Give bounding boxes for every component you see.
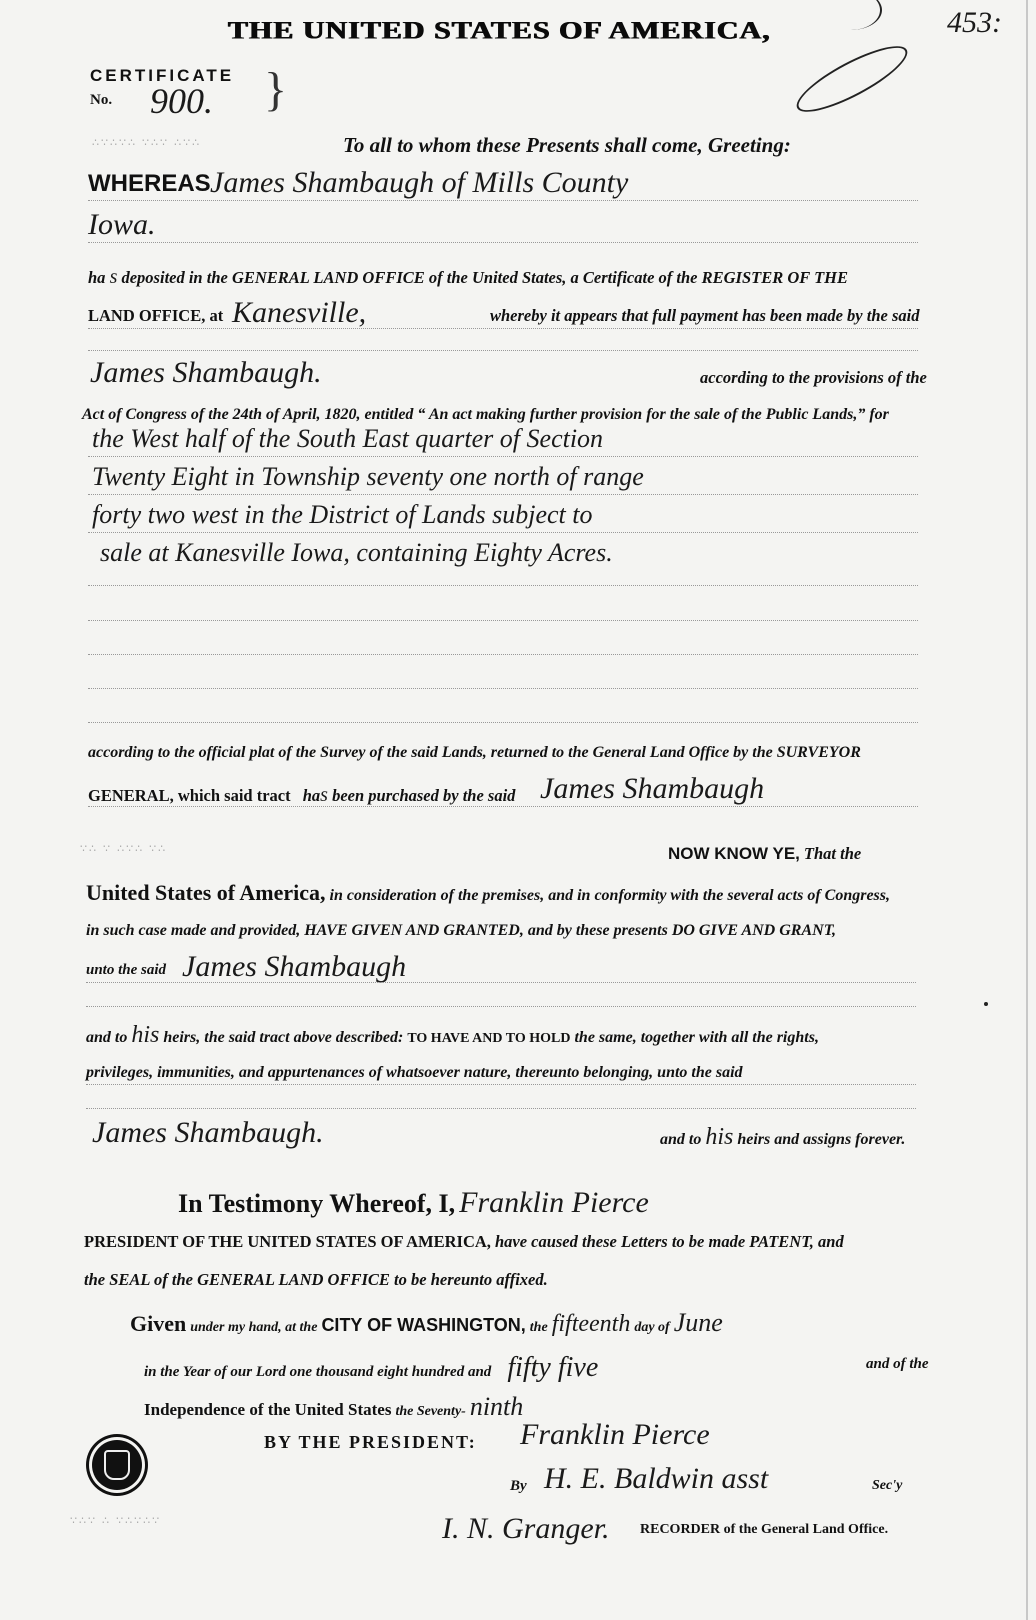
payer-handwritten: James Shambaugh. — [90, 356, 322, 390]
grant-line-2: in such case made and provided, HAVE GIV… — [86, 922, 836, 940]
description-line-3: forty two west in the District of Lands … — [92, 500, 593, 530]
rule-line — [86, 1006, 916, 1007]
testimony-line-2: the SEAL of the GENERAL LAND OFFICE to b… — [84, 1270, 548, 1290]
ink-dot — [984, 1002, 988, 1006]
rule-line — [86, 1108, 916, 1109]
rule-line — [88, 532, 918, 533]
deposit-line-4-text: Act of Congress of the 24th of April, 18… — [82, 406, 889, 424]
rule-line — [88, 806, 918, 807]
and-of-the: and of the — [866, 1356, 929, 1373]
grant-grantee-handwritten: James Shambaugh — [182, 950, 406, 984]
unto-label: unto the said — [86, 962, 166, 979]
given-line-1: Given under my hand, at the CITY OF WASH… — [130, 1308, 723, 1338]
description-line-2: Twenty Eight in Township seventy one nor… — [92, 462, 644, 492]
flourish-mark — [789, 35, 914, 123]
land-patent-document: THE UNITED STATES OF AMERICA, 453: CERTI… — [0, 0, 1036, 1620]
faint-bleedthrough-text: ∴∵∴∵∴ ∵∴∵ ∴∵∴ — [92, 136, 201, 149]
given-line-3: Independence of the United States the Se… — [144, 1392, 523, 1422]
grantee-handwritten: James Shambaugh of Mills County — [210, 166, 628, 200]
faint-bleedthrough-text: ∵∴ ∵ ∴∵∴ ∵∴ — [80, 842, 167, 855]
given-line-2: in the Year of our Lord one thousand eig… — [144, 1352, 598, 1384]
seal-icon — [92, 1440, 142, 1490]
rule-line — [88, 242, 918, 243]
rule-line — [88, 722, 918, 723]
testimony-heading: In Testimony Whereof, I, Franklin Pierce — [178, 1186, 649, 1220]
rule-line — [88, 350, 918, 351]
rule-line — [86, 982, 916, 983]
testimony-line-1: PRESIDENT OF THE UNITED STATES OF AMERIC… — [84, 1232, 844, 1252]
rule-line — [88, 620, 918, 621]
page-edge — [1026, 0, 1028, 1620]
rule-line — [86, 1084, 916, 1085]
whereas-label: WHEREAS — [88, 170, 211, 198]
survey-line-1: according to the official plat of the Su… — [88, 744, 861, 762]
land-office-handwritten: Kanesville, — [232, 296, 366, 330]
folio-number: 453: — [947, 6, 1002, 40]
secretary-signature: H. E. Baldwin asst — [544, 1462, 768, 1496]
president-signature: Franklin Pierce — [520, 1418, 710, 1452]
final-grantee-handwritten: James Shambaugh. — [92, 1116, 324, 1150]
rule-line — [88, 200, 918, 201]
brace: } — [264, 62, 287, 117]
description-line-1: the West half of the South East quarter … — [92, 424, 603, 454]
by-label: By — [510, 1478, 527, 1495]
flourish-arc — [820, 0, 882, 30]
land-office-label: LAND OFFICE, at — [88, 306, 223, 326]
recorder-label: RECORDER of the General Land Office. — [640, 1520, 888, 1538]
deposit-line-3-text: according to the provisions of the — [700, 368, 927, 388]
purchaser-handwritten: James Shambaugh — [540, 772, 764, 806]
secy-label: Sec'y — [872, 1478, 902, 1494]
by-the-president-label: BY THE PRESIDENT: — [264, 1432, 477, 1453]
rule-line — [88, 654, 918, 655]
greeting-line: To all to whom these Presents shall come… — [343, 133, 791, 158]
privileges-line: privileges, immunities, and appurtenance… — [86, 1064, 743, 1082]
recorder-signature: I. N. Granger. — [442, 1512, 610, 1546]
description-line-4: sale at Kanesville Iowa, containing Eigh… — [100, 538, 613, 568]
grant-line-1: United States of America, in considerati… — [86, 880, 890, 906]
faint-bleedthrough-text: ∵∴∵ ∴ ∵∴∵∴∵ — [70, 1514, 161, 1527]
now-know-ye: NOW KNOW YE, That the — [668, 844, 861, 864]
survey-line-2: GENERAL, which said tract has been purch… — [88, 784, 515, 807]
rule-line — [88, 688, 918, 689]
document-title: THE UNITED STATES OF AMERICA, — [228, 17, 771, 46]
heirs-assigns-line: and to his heirs and assigns forever. — [660, 1124, 905, 1151]
deposit-line-2-text: whereby it appears that full payment has… — [490, 306, 919, 326]
rule-line — [88, 456, 918, 457]
certificate-no-label: No. — [90, 92, 112, 109]
state-handwritten: Iowa. — [88, 208, 156, 242]
rule-line — [88, 328, 918, 329]
rule-line — [88, 585, 918, 586]
heirs-line: and to his heirs, the said tract above d… — [86, 1022, 819, 1049]
deposit-line-1: ha s deposited in the GENERAL LAND OFFIC… — [88, 266, 848, 289]
rule-line — [88, 494, 918, 495]
certificate-number: 900. — [150, 80, 213, 122]
